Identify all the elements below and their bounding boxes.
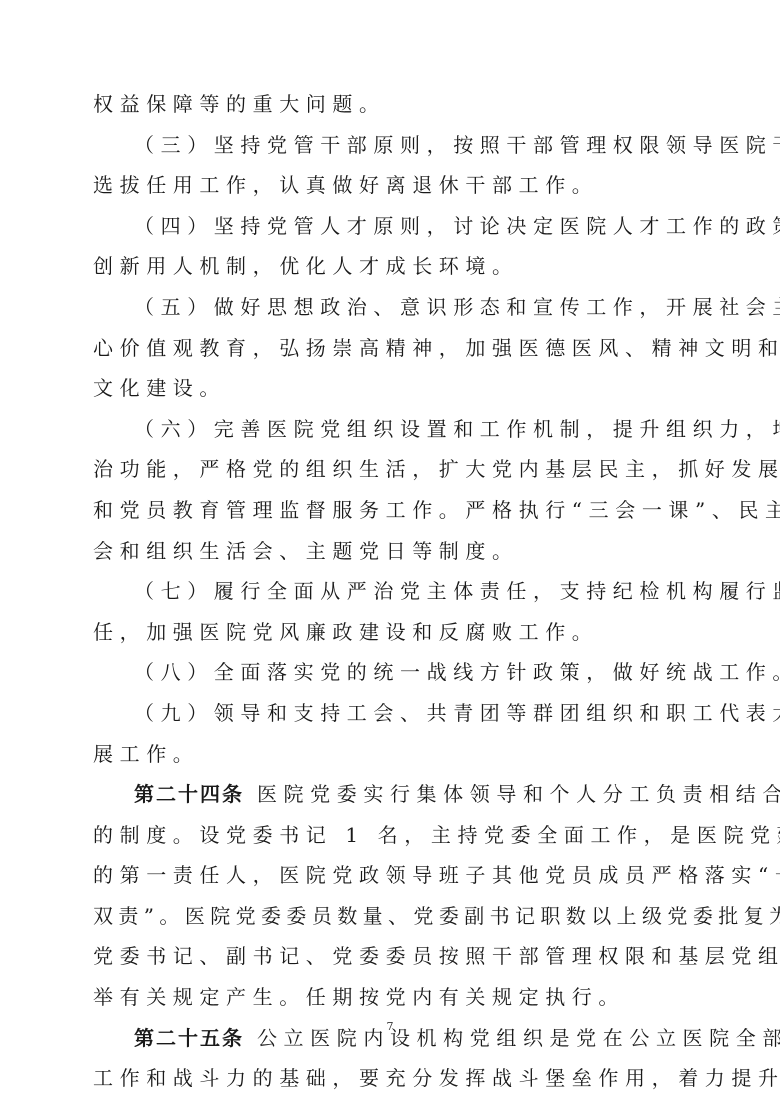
text-line: （七）履行全面从严治党主体责任，支持纪检机构履行监督责 [93,571,685,612]
text-line: 会和组织生活会、主题党日等制度。 [93,531,685,572]
text-line: 和党员教育管理监督服务工作。严格执行“三会一课”、民主生活 [93,490,685,531]
text-line: 双责”。医院党委委员数量、党委副书记职数以上级党委批复为准。 [93,896,685,937]
document-body: 权益保障等的重大问题。 （三）坚持党管干部原则，按照干部管理权限领导医院干部的 … [93,84,685,1099]
text-line: 任，加强医院党风廉政建设和反腐败工作。 [93,612,685,653]
text-line: （三）坚持党管干部原则，按照干部管理权限领导医院干部的 [93,125,685,166]
text-line: 举有关规定产生。任期按党内有关规定执行。 [93,977,685,1018]
text-line: （五）做好思想政治、意识形态和宣传工作，开展社会主义核 [93,287,685,328]
text-line: 的制度。设党委书记 1 名，主持党委全面工作，是医院党建工作 [93,815,685,856]
text-line: 展工作。 [93,734,685,775]
article-text: 医院党委实行集体领导和个人分工负责相结合 [244,782,780,806]
text-line: 心价值观教育，弘扬崇高精神，加强医德医风、精神文明和医院 [93,328,685,369]
text-line: 治功能，严格党的组织生活，扩大党内基层民主，抓好发展党员 [93,449,685,490]
text-line: 的第一责任人，医院党政领导班子其他党员成员严格落实“一岗 [93,855,685,896]
text-line: （八）全面落实党的统一战线方针政策，做好统战工作。 [93,652,685,693]
text-line: 工作和战斗力的基础，要充分发挥战斗堡垒作用，着力提升组织 [93,1058,685,1099]
text-line: 选拔任用工作，认真做好离退休干部工作。 [93,165,685,206]
text-line: （九）领导和支持工会、共青团等群团组织和职工代表大会开 [93,693,685,734]
page-number: 7 [0,1020,780,1033]
article-24-line: 第二十四条 医院党委实行集体领导和个人分工负责相结合 [93,774,685,815]
text-line: 创新用人机制，优化人才成长环境。 [93,246,685,287]
text-line: 党委书记、副书记、党委委员按照干部管理权限和基层党组织选 [93,936,685,977]
text-line: 权益保障等的重大问题。 [93,84,685,125]
text-line: （四）坚持党管人才原则，讨论决定医院人才工作的政策措施， [93,206,685,247]
text-line: 文化建设。 [93,368,685,409]
text-line: （六）完善医院党组织设置和工作机制，提升组织力，增强政 [93,409,685,450]
article-heading: 第二十四条 [134,782,244,806]
